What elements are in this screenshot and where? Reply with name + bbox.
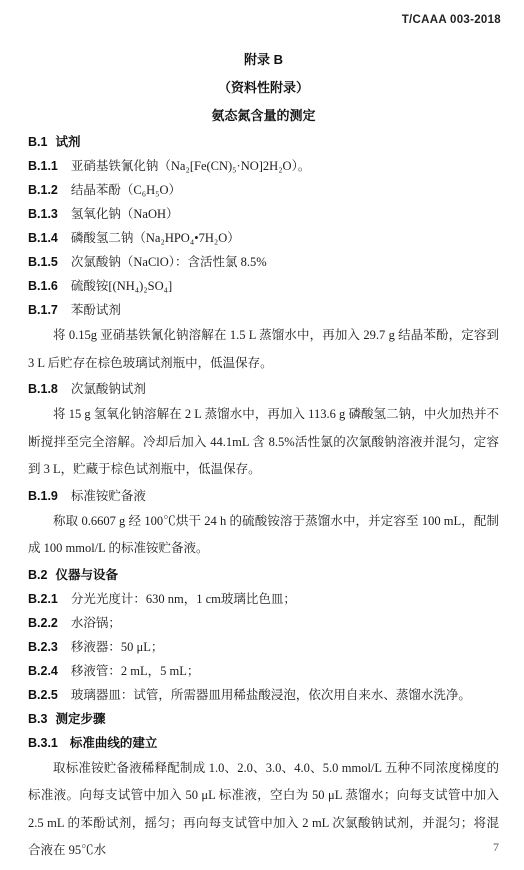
- paragraph-standard-curve: 取标准铵贮备液稀释配制成 1.0、2.0、3.0、4.0、5.0 mmol/L …: [28, 755, 499, 865]
- clause-text: 苯酚试剂: [71, 303, 121, 317]
- clause-b2-2: B.2.2水浴锅；: [28, 611, 499, 635]
- clause-text: 水浴锅；: [71, 616, 121, 630]
- clause-text: 次氯酸钠（NaClO）：含活性氯 8.5%: [71, 255, 267, 269]
- clause-text: 移液器：50 μL；: [71, 640, 163, 654]
- appendix-subject: 氨态氮含量的测定: [28, 102, 499, 130]
- clause-b1-1: B.1.1亚硝基铁氰化钠（Na₂[Fe(CN)₅·NO]2H₂O）。: [28, 154, 499, 178]
- page-number: 7: [493, 840, 499, 855]
- clause-number: B.1.6: [28, 279, 58, 293]
- paragraph-hypochlorite-reagent: 将 15 g 氢氧化钠溶解在 2 L 蒸馏水中，再加入 113.6 g 磷酸氢二…: [28, 401, 499, 484]
- clause-b1-6: B.1.6硫酸铵[(NH₄)₂SO₄]: [28, 274, 499, 298]
- clause-b2-4: B.2.4移液管：2 mL，5 mL；: [28, 659, 499, 683]
- clause-b1-2: B.1.2结晶苯酚（C₆H₅O）: [28, 178, 499, 202]
- clause-text: 次氯酸钠试剂: [71, 382, 146, 396]
- clause-text: 亚硝基铁氰化钠（Na₂[Fe(CN)₅·NO]2H₂O）。: [71, 159, 310, 173]
- clause-number: B.1.3: [28, 207, 58, 221]
- clause-number: B.1: [28, 135, 47, 149]
- clause-number: B.2.5: [28, 688, 58, 702]
- paragraph-phenol-reagent: 将 0.15g 亚硝基铁氰化钠溶解在 1.5 L 蒸馏水中，再加入 29.7 g…: [28, 322, 499, 377]
- clause-text: 分光光度计：630 nm，1 cm玻璃比色皿；: [71, 592, 296, 606]
- clause-number: B.1.2: [28, 183, 58, 197]
- appendix-type: （资料性附录）: [28, 74, 499, 102]
- clause-number: B.1.9: [28, 489, 58, 503]
- clause-number: B.1.7: [28, 303, 58, 317]
- clause-number: B.3: [28, 712, 47, 726]
- clause-text: 硫酸铵[(NH₄)₂SO₄]: [71, 279, 172, 293]
- clause-text: 磷酸氢二钠（Na₂HPO₄•7H₂O）: [71, 231, 240, 245]
- clause-number: B.3.1: [28, 736, 58, 750]
- clause-b1-4: B.1.4磷酸氢二钠（Na₂HPO₄•7H₂O）: [28, 226, 499, 250]
- standard-reference: T/CAAA 003-2018: [402, 14, 501, 26]
- clause-b3-heading: B.3测定步骤: [28, 707, 499, 731]
- paragraph-ammonium-stock: 称取 0.6607 g 经 100℃烘干 24 h 的硫酸铵溶于蒸馏水中，并定容…: [28, 508, 499, 563]
- clause-b1-9: B.1.9标准铵贮备液: [28, 484, 499, 508]
- document-page: T/CAAA 003-2018 附录 B （资料性附录） 氨态氮含量的测定 B.…: [0, 0, 524, 870]
- clause-b1-8: B.1.8次氯酸钠试剂: [28, 377, 499, 401]
- clause-text: 标准铵贮备液: [71, 489, 146, 503]
- clause-b1-7: B.1.7苯酚试剂: [28, 298, 499, 322]
- page-content: 附录 B （资料性附录） 氨态氮含量的测定 B.1试剂 B.1.1亚硝基铁氰化钠…: [28, 46, 499, 865]
- clause-text: 仪器与设备: [55, 568, 118, 582]
- clause-number: B.2: [28, 568, 47, 582]
- appendix-title: 附录 B: [28, 46, 499, 74]
- clause-number: B.2.4: [28, 664, 58, 678]
- clause-text: 玻璃器皿：试管，所需器皿用稀盐酸浸泡，依次用自来水、蒸馏水洗净。: [71, 688, 471, 702]
- clause-text: 标准曲线的建立: [70, 736, 158, 750]
- clause-number: B.1.5: [28, 255, 58, 269]
- clause-number: B.2.3: [28, 640, 58, 654]
- clause-number: B.2.1: [28, 592, 58, 606]
- clause-b1-heading: B.1试剂: [28, 130, 499, 154]
- clause-number: B.1.4: [28, 231, 58, 245]
- clause-b2-1: B.2.1分光光度计：630 nm，1 cm玻璃比色皿；: [28, 587, 499, 611]
- clause-text: 结晶苯酚（C₆H₅O）: [71, 183, 181, 197]
- clause-b2-heading: B.2仪器与设备: [28, 563, 499, 587]
- clause-number: B.2.2: [28, 616, 58, 630]
- clause-number: B.1.1: [28, 159, 58, 173]
- clause-text: 试剂: [55, 135, 80, 149]
- clause-b1-3: B.1.3氢氧化钠（NaOH）: [28, 202, 499, 226]
- clause-b3-1-heading: B.3.1标准曲线的建立: [28, 731, 499, 755]
- clause-b1-5: B.1.5次氯酸钠（NaClO）：含活性氯 8.5%: [28, 250, 499, 274]
- clause-b2-5: B.2.5玻璃器皿：试管，所需器皿用稀盐酸浸泡，依次用自来水、蒸馏水洗净。: [28, 683, 499, 707]
- clause-text: 移液管：2 mL，5 mL；: [71, 664, 199, 678]
- clause-text: 测定步骤: [55, 712, 105, 726]
- clause-text: 氢氧化钠（NaOH）: [71, 207, 179, 221]
- clause-b2-3: B.2.3移液器：50 μL；: [28, 635, 499, 659]
- clause-number: B.1.8: [28, 382, 58, 396]
